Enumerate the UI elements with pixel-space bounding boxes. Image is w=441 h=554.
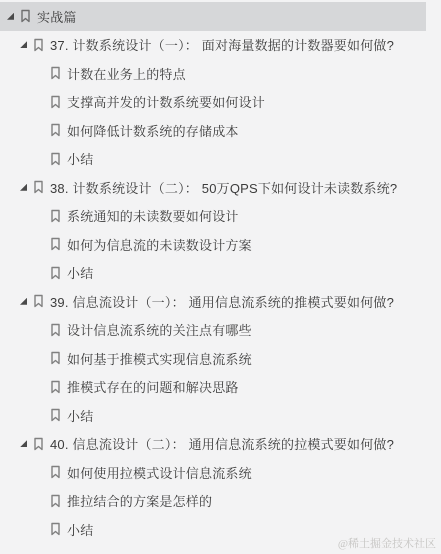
tree-row-label: 38. 计数系统设计（二）： 50万QPS下如何设计未读数系统? — [50, 178, 397, 197]
tree-row-section[interactable]: 小结 — [0, 145, 441, 174]
tree-row-section[interactable]: 系统通知的未读数要如何设计 — [0, 202, 441, 231]
tree-row-root[interactable]: 实战篇 — [0, 2, 426, 31]
watermark: @稀土掘金技术社区 — [338, 535, 436, 551]
bookmark-icon — [33, 437, 44, 451]
tree-row-label: 如何基于推模式实现信息流系统 — [67, 349, 252, 368]
bookmark-icon — [50, 323, 61, 337]
bookmark-icon — [50, 408, 61, 422]
bookmark-icon — [50, 237, 61, 251]
bookmark-icon — [33, 294, 44, 308]
bookmark-icon — [50, 465, 61, 479]
bookmark-icon — [50, 522, 61, 536]
bookmark-icon — [50, 209, 61, 223]
tree-row-label: 小结 — [67, 520, 93, 539]
bookmark-icon — [50, 152, 61, 166]
bookmark-icon — [20, 9, 31, 23]
tree-row-section[interactable]: 如何使用拉模式设计信息流系统 — [0, 458, 441, 487]
tree-row-section[interactable]: 支撑高并发的计数系统要如何设计 — [0, 88, 441, 117]
tree-row-chapter[interactable]: 38. 计数系统设计（二）： 50万QPS下如何设计未读数系统? — [0, 173, 441, 202]
tree-row-section[interactable]: 小结 — [0, 401, 441, 430]
bookmark-icon — [50, 351, 61, 365]
tree-row-label: 如何降低计数系统的存储成本 — [67, 121, 239, 140]
tree-row-label: 小结 — [67, 406, 93, 425]
tree-row-label: 40. 信息流设计（二）： 通用信息流系统的拉模式要如何做? — [50, 434, 394, 453]
bookmark-icon — [50, 123, 61, 137]
tree-row-label: 小结 — [67, 149, 93, 168]
tree-row-label: 计数在业务上的特点 — [67, 64, 186, 83]
tree-row-label: 如何使用拉模式设计信息流系统 — [67, 463, 252, 482]
bookmark-icon — [50, 494, 61, 508]
tree-row-label: 如何为信息流的未读数设计方案 — [67, 235, 252, 254]
bookmark-icon — [50, 380, 61, 394]
tree-row-label: 推拉结合的方案是怎样的 — [67, 491, 212, 510]
tree-row-section[interactable]: 如何基于推模式实现信息流系统 — [0, 344, 441, 373]
tree-row-section[interactable]: 如何为信息流的未读数设计方案 — [0, 230, 441, 259]
tree-row-chapter[interactable]: 39. 信息流设计（一）： 通用信息流系统的推模式要如何做? — [0, 287, 441, 316]
collapse-arrow-icon[interactable] — [20, 41, 27, 48]
bookmark-icon — [33, 180, 44, 194]
tree-row-label: 实战篇 — [37, 7, 77, 26]
tree-row-label: 37. 计数系统设计（一）： 面对海量数据的计数器要如何做? — [50, 35, 394, 54]
tree-row-chapter[interactable]: 40. 信息流设计（二）： 通用信息流系统的拉模式要如何做? — [0, 430, 441, 459]
tree-row-label: 设计信息流系统的关注点有哪些 — [67, 320, 252, 339]
tree-row-label: 小结 — [67, 263, 93, 282]
tree-row-label: 支撑高并发的计数系统要如何设计 — [67, 92, 265, 111]
tree-row-section[interactable]: 计数在业务上的特点 — [0, 59, 441, 88]
tree-row-label: 39. 信息流设计（一）： 通用信息流系统的推模式要如何做? — [50, 292, 394, 311]
collapse-arrow-icon[interactable] — [20, 298, 27, 305]
tree-row-section[interactable]: 小结 — [0, 259, 441, 288]
tree-row-section[interactable]: 推模式存在的问题和解决思路 — [0, 373, 441, 402]
bookmark-icon — [50, 266, 61, 280]
tree-row-section[interactable]: 如何降低计数系统的存储成本 — [0, 116, 441, 145]
tree-row-section[interactable]: 设计信息流系统的关注点有哪些 — [0, 316, 441, 345]
bookmark-icon — [50, 66, 61, 80]
collapse-arrow-icon[interactable] — [20, 184, 27, 191]
bookmark-icon — [50, 95, 61, 109]
tree-row-label: 推模式存在的问题和解决思路 — [67, 377, 239, 396]
collapse-arrow-icon[interactable] — [20, 440, 27, 447]
bookmark-icon — [33, 38, 44, 52]
collapse-arrow-icon[interactable] — [7, 13, 14, 20]
tree-row-chapter[interactable]: 37. 计数系统设计（一）： 面对海量数据的计数器要如何做? — [0, 31, 441, 60]
toc-tree: 实战篇 37. 计数系统设计（一）： 面对海量数据的计数器要如何做? 计数在业务… — [0, 0, 441, 544]
tree-row-label: 系统通知的未读数要如何设计 — [67, 206, 239, 225]
tree-row-section[interactable]: 推拉结合的方案是怎样的 — [0, 487, 441, 516]
